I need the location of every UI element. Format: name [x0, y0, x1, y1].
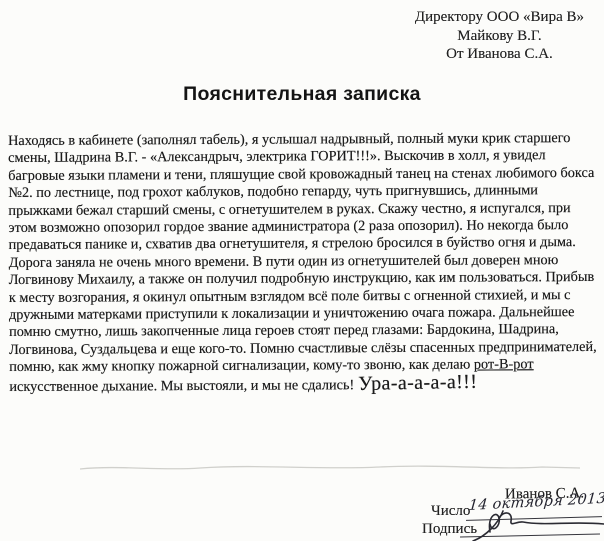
body-paragraph: Находясь в кабинете (заполнял табель), я…	[8, 130, 599, 396]
scan-artifact-line	[80, 460, 580, 476]
underlined-phrase: рот-В-рот	[474, 357, 534, 373]
recipient-line-director: Директору ООО «Вира В»	[415, 8, 584, 27]
recipient-block: Директору ООО «Вира В» Майкову В.Г. От И…	[415, 8, 584, 64]
date-label: Число	[431, 503, 470, 520]
document-title: Пояснительная записка	[0, 83, 604, 106]
body-text-part2: искусственное дыхание. Мы выстояли, и мы…	[9, 377, 358, 395]
exclamation-text: Ура-а-а-а-а!!!	[358, 373, 477, 393]
body-text-part1: Находясь в кабинете (заполнял табель), я…	[8, 130, 597, 375]
handwritten-signature	[470, 508, 604, 541]
recipient-line-from: От Иванова С.А.	[415, 45, 584, 64]
recipient-line-name: Майкову В.Г.	[415, 27, 584, 46]
scanned-document-page: Директору ООО «Вира В» Майкову В.Г. От И…	[0, 0, 604, 541]
